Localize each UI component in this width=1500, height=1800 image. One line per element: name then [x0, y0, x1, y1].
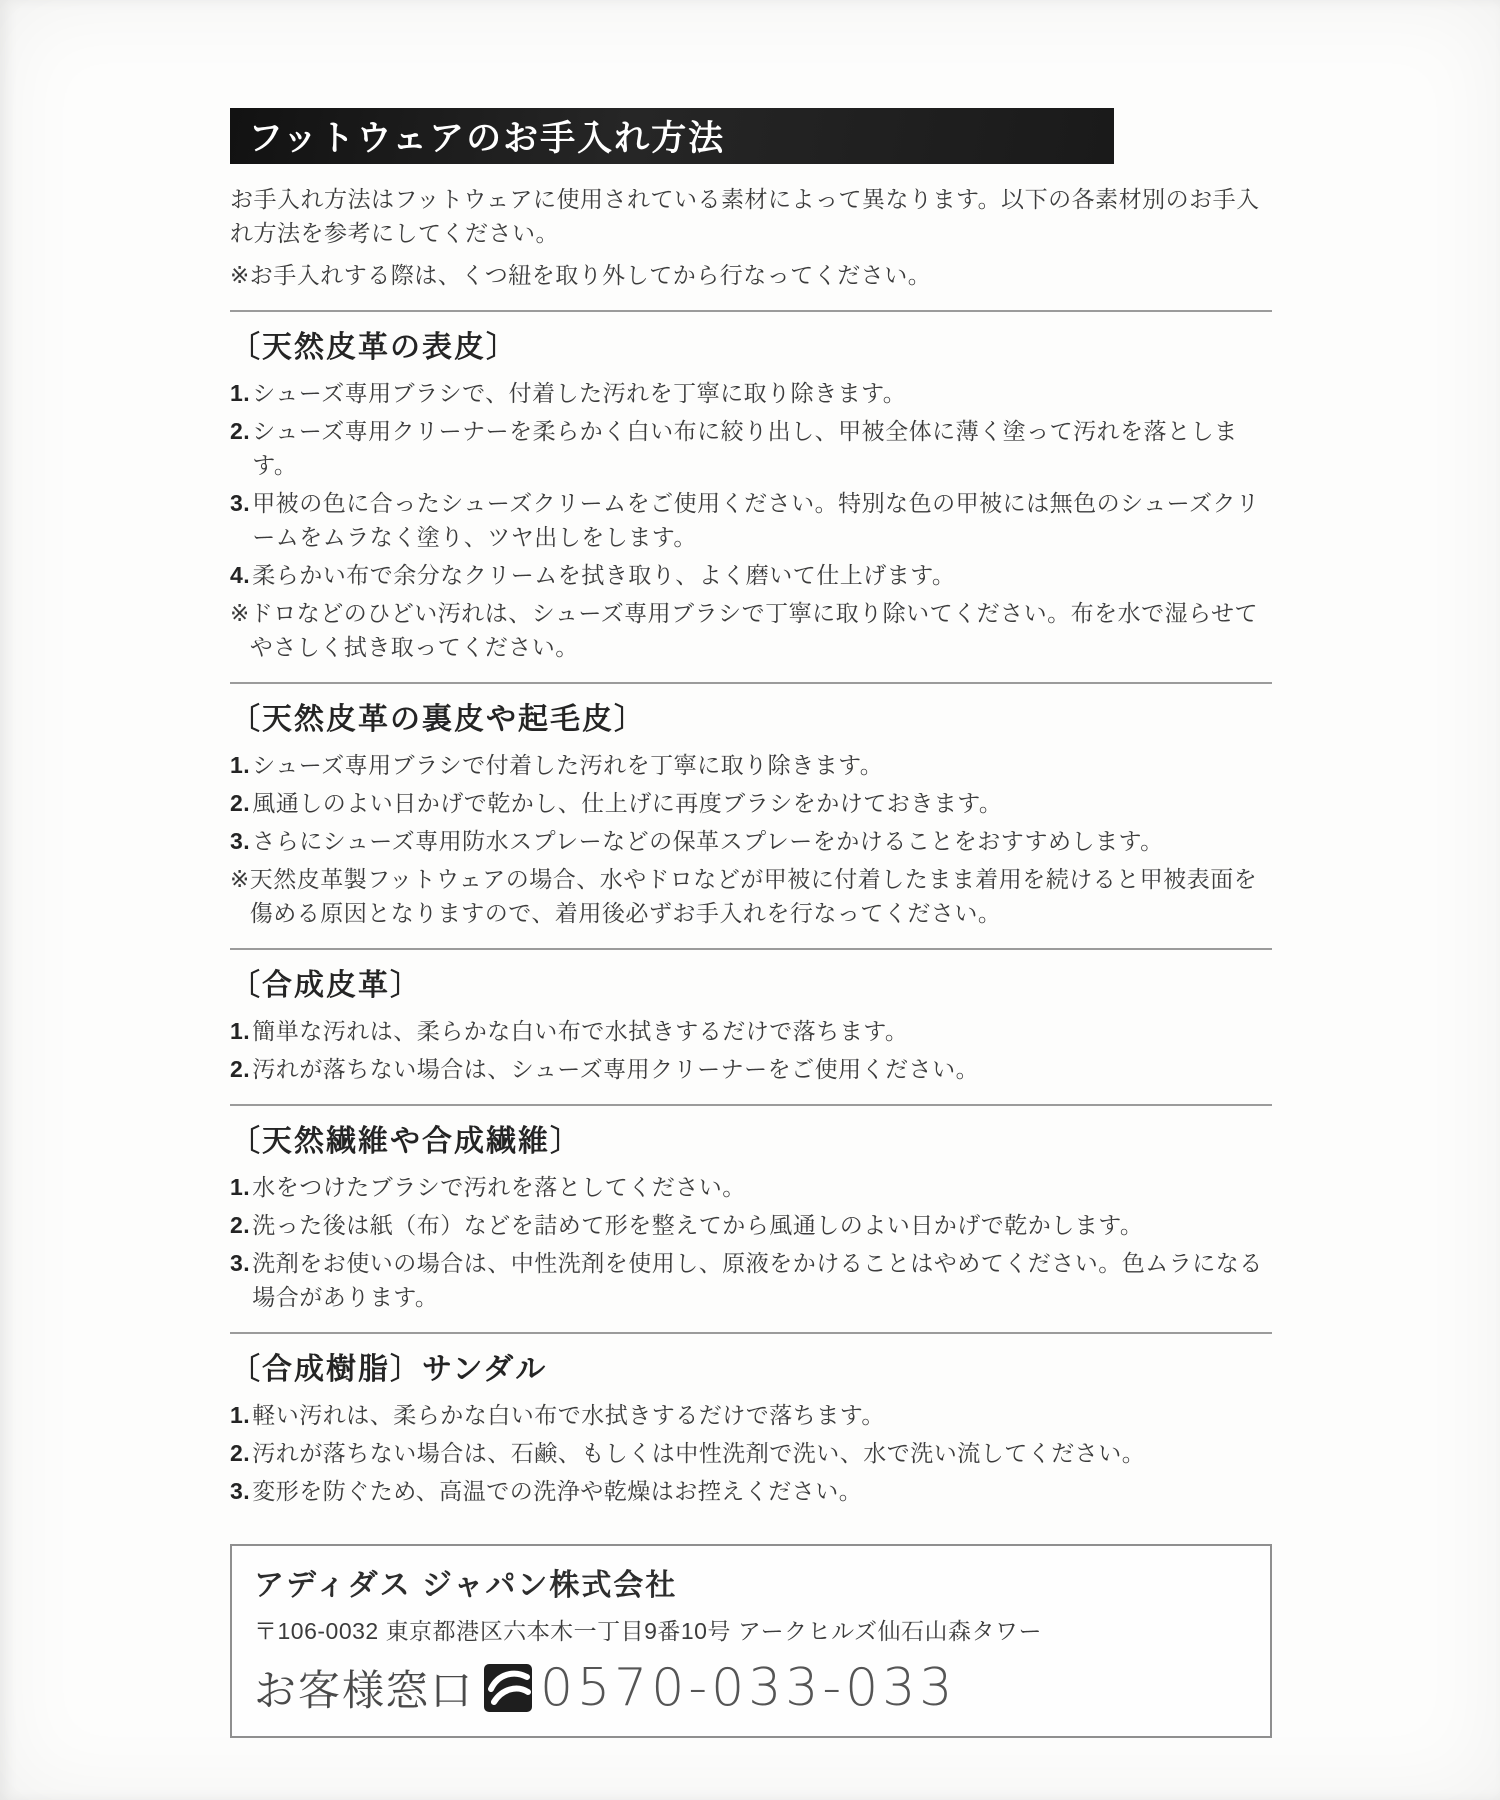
section-synthetic-leather: 〔合成皮革〕 1. 簡単な汚れは、柔らかな白い布で水拭きするだけで落ちます。 2…: [230, 968, 1272, 1086]
step-text: 甲被の色に合ったシューズクリームをご使用ください。特別な色の甲被には無色のシュー…: [252, 486, 1272, 554]
step-text: シューズ専用ブラシで、付着した汚れを丁寧に取り除きます。: [252, 376, 1272, 410]
section-divider: [230, 948, 1272, 950]
step-text: 洗剤をお使いの場合は、中性洗剤を使用し、原液をかけることはやめてください。色ムラ…: [252, 1246, 1272, 1314]
step-text: 変形を防ぐため、高温での洗浄や乾燥はお控えください。: [252, 1474, 1272, 1508]
step-text: 軽い汚れは、柔らかな白い布で水拭きするだけで落ちます。: [252, 1398, 1272, 1432]
intro-note: ※ お手入れする際は、くつ紐を取り外してから行なってください。: [230, 258, 1272, 292]
step-text: 柔らかい布で余分なクリームを拭き取り、よく磨いて仕上げます。: [252, 558, 1272, 592]
step-number: 3.: [230, 1246, 250, 1280]
step-text: 汚れが落ちない場合は、石鹸、もしくは中性洗剤で洗い、水で洗い流してください。: [252, 1436, 1272, 1470]
step-text: シューズ専用クリーナーを柔らかく白い布に絞り出し、甲被全体に薄く塗って汚れを落と…: [252, 414, 1272, 482]
section-note: ※ ドロなどのひどい汚れは、シューズ専用ブラシで丁寧に取り除いてください。布を水…: [230, 596, 1272, 664]
step-text: 洗った後は紙（布）などを詰めて形を整えてから風通しのよい日かげで乾かします。: [252, 1208, 1272, 1242]
step-number: 3.: [230, 824, 250, 858]
contact-label: お客様窓口: [254, 1658, 474, 1718]
step-number: 1.: [230, 1170, 250, 1204]
section-divider: [230, 310, 1272, 312]
section-note-text: 天然皮革製フットウェアの場合、水やドロなどが甲被に付着したまま着用を続けると甲被…: [250, 862, 1272, 930]
step-number: 1.: [230, 376, 250, 410]
care-instructions-page: フットウェアのお手入れ方法 お手入れ方法はフットウェアに使用されている素材によっ…: [0, 0, 1500, 1800]
step-item: 1. 簡単な汚れは、柔らかな白い布で水拭きするだけで落ちます。: [230, 1014, 1272, 1048]
section-natural-leather-upper: 〔天然皮革の表皮〕 1. シューズ専用ブラシで、付着した汚れを丁寧に取り除きます…: [230, 330, 1272, 664]
intro-paragraph: お手入れ方法はフットウェアに使用されている素材によって異なります。以下の各素材別…: [230, 182, 1272, 250]
step-text: シューズ専用ブラシで付着した汚れを丁寧に取り除きます。: [252, 748, 1272, 782]
contact-row: お客様窓口 0570-033-033: [254, 1658, 1246, 1718]
step-item: 3. 洗剤をお使いの場合は、中性洗剤を使用し、原液をかけることはやめてください。…: [230, 1246, 1272, 1314]
step-number: 2.: [230, 1052, 250, 1086]
note-marker: ※: [230, 596, 250, 630]
step-text: さらにシューズ専用防水スプレーなどの保革スプレーをかけることをおすすめします。: [252, 824, 1272, 858]
intro-note-text: お手入れする際は、くつ紐を取り外してから行なってください。: [250, 258, 1272, 292]
section-heading: 〔合成樹脂〕サンダル: [230, 1352, 1272, 1388]
step-item: 2. 汚れが落ちない場合は、石鹸、もしくは中性洗剤で洗い、水で洗い流してください…: [230, 1436, 1272, 1470]
step-number: 2.: [230, 414, 250, 448]
step-number: 1.: [230, 748, 250, 782]
page-title: フットウェアのお手入れ方法: [248, 111, 725, 161]
step-number: 2.: [230, 1208, 250, 1242]
step-number: 3.: [230, 486, 250, 520]
note-marker: ※: [230, 258, 250, 292]
section-synthetic-resin-sandals: 〔合成樹脂〕サンダル 1. 軽い汚れは、柔らかな白い布で水拭きするだけで落ちます…: [230, 1352, 1272, 1508]
company-address: 〒106-0032 東京都港区六本木一丁目9番10号 アークヒルズ仙石山森タワー: [254, 1614, 1246, 1648]
note-marker: ※: [230, 862, 250, 896]
step-number: 3.: [230, 1474, 250, 1508]
section-divider: [230, 1332, 1272, 1334]
steps-list: 1. 軽い汚れは、柔らかな白い布で水拭きするだけで落ちます。 2. 汚れが落ちな…: [230, 1398, 1272, 1508]
steps-list: 1. 水をつけたブラシで汚れを落としてください。 2. 洗った後は紙（布）などを…: [230, 1170, 1272, 1314]
section-note-text: ドロなどのひどい汚れは、シューズ専用ブラシで丁寧に取り除いてください。布を水で湿…: [250, 596, 1272, 664]
section-natural-leather-lining-suede: 〔天然皮革の裏皮や起毛皮〕 1. シューズ専用ブラシで付着した汚れを丁寧に取り除…: [230, 702, 1272, 930]
page-content: フットウェアのお手入れ方法 お手入れ方法はフットウェアに使用されている素材によっ…: [230, 0, 1272, 1738]
company-name: アディダス ジャパン株式会社: [254, 1566, 1246, 1606]
section-heading: 〔天然皮革の裏皮や起毛皮〕: [230, 702, 1272, 738]
step-item: 4. 柔らかい布で余分なクリームを拭き取り、よく磨いて仕上げます。: [230, 558, 1272, 592]
section-heading: 〔合成皮革〕: [230, 968, 1272, 1004]
step-item: 2. 汚れが落ちない場合は、シューズ専用クリーナーをご使用ください。: [230, 1052, 1272, 1086]
steps-list: 1. シューズ専用ブラシで付着した汚れを丁寧に取り除きます。 2. 風通しのよい…: [230, 748, 1272, 930]
steps-list: 1. 簡単な汚れは、柔らかな白い布で水拭きするだけで落ちます。 2. 汚れが落ち…: [230, 1014, 1272, 1086]
section-divider: [230, 682, 1272, 684]
step-number: 2.: [230, 1436, 250, 1470]
title-bar: フットウェアのお手入れ方法: [230, 108, 1114, 164]
section-divider: [230, 1104, 1272, 1106]
step-text: 汚れが落ちない場合は、シューズ専用クリーナーをご使用ください。: [252, 1052, 1272, 1086]
step-text: 簡単な汚れは、柔らかな白い布で水拭きするだけで落ちます。: [252, 1014, 1272, 1048]
step-item: 3. 変形を防ぐため、高温での洗浄や乾燥はお控えください。: [230, 1474, 1272, 1508]
step-item: 1. シューズ専用ブラシで付着した汚れを丁寧に取り除きます。: [230, 748, 1272, 782]
company-info-box: アディダス ジャパン株式会社 〒106-0032 東京都港区六本木一丁目9番10…: [230, 1544, 1272, 1738]
step-number: 1.: [230, 1398, 250, 1432]
step-item: 3. さらにシューズ専用防水スプレーなどの保革スプレーをかけることをおすすめしま…: [230, 824, 1272, 858]
step-item: 1. シューズ専用ブラシで、付着した汚れを丁寧に取り除きます。: [230, 376, 1272, 410]
navidial-icon: [484, 1664, 532, 1712]
steps-list: 1. シューズ専用ブラシで、付着した汚れを丁寧に取り除きます。 2. シューズ専…: [230, 376, 1272, 664]
step-item: 1. 水をつけたブラシで汚れを落としてください。: [230, 1170, 1272, 1204]
section-note: ※ 天然皮革製フットウェアの場合、水やドロなどが甲被に付着したまま着用を続けると…: [230, 862, 1272, 930]
step-number: 1.: [230, 1014, 250, 1048]
step-item: 2. 洗った後は紙（布）などを詰めて形を整えてから風通しのよい日かげで乾かします…: [230, 1208, 1272, 1242]
step-number: 4.: [230, 558, 250, 592]
step-item: 2. 風通しのよい日かげで乾かし、仕上げに再度ブラシをかけておきます。: [230, 786, 1272, 820]
step-text: 水をつけたブラシで汚れを落としてください。: [252, 1170, 1272, 1204]
section-heading: 〔天然皮革の表皮〕: [230, 330, 1272, 366]
step-item: 3. 甲被の色に合ったシューズクリームをご使用ください。特別な色の甲被には無色の…: [230, 486, 1272, 554]
step-text: 風通しのよい日かげで乾かし、仕上げに再度ブラシをかけておきます。: [252, 786, 1272, 820]
section-natural-synthetic-fibers: 〔天然繊維や合成繊維〕 1. 水をつけたブラシで汚れを落としてください。 2. …: [230, 1124, 1272, 1314]
step-number: 2.: [230, 786, 250, 820]
section-heading: 〔天然繊維や合成繊維〕: [230, 1124, 1272, 1160]
phone-number: 0570-033-033: [540, 1658, 956, 1718]
step-item: 1. 軽い汚れは、柔らかな白い布で水拭きするだけで落ちます。: [230, 1398, 1272, 1432]
step-item: 2. シューズ専用クリーナーを柔らかく白い布に絞り出し、甲被全体に薄く塗って汚れ…: [230, 414, 1272, 482]
